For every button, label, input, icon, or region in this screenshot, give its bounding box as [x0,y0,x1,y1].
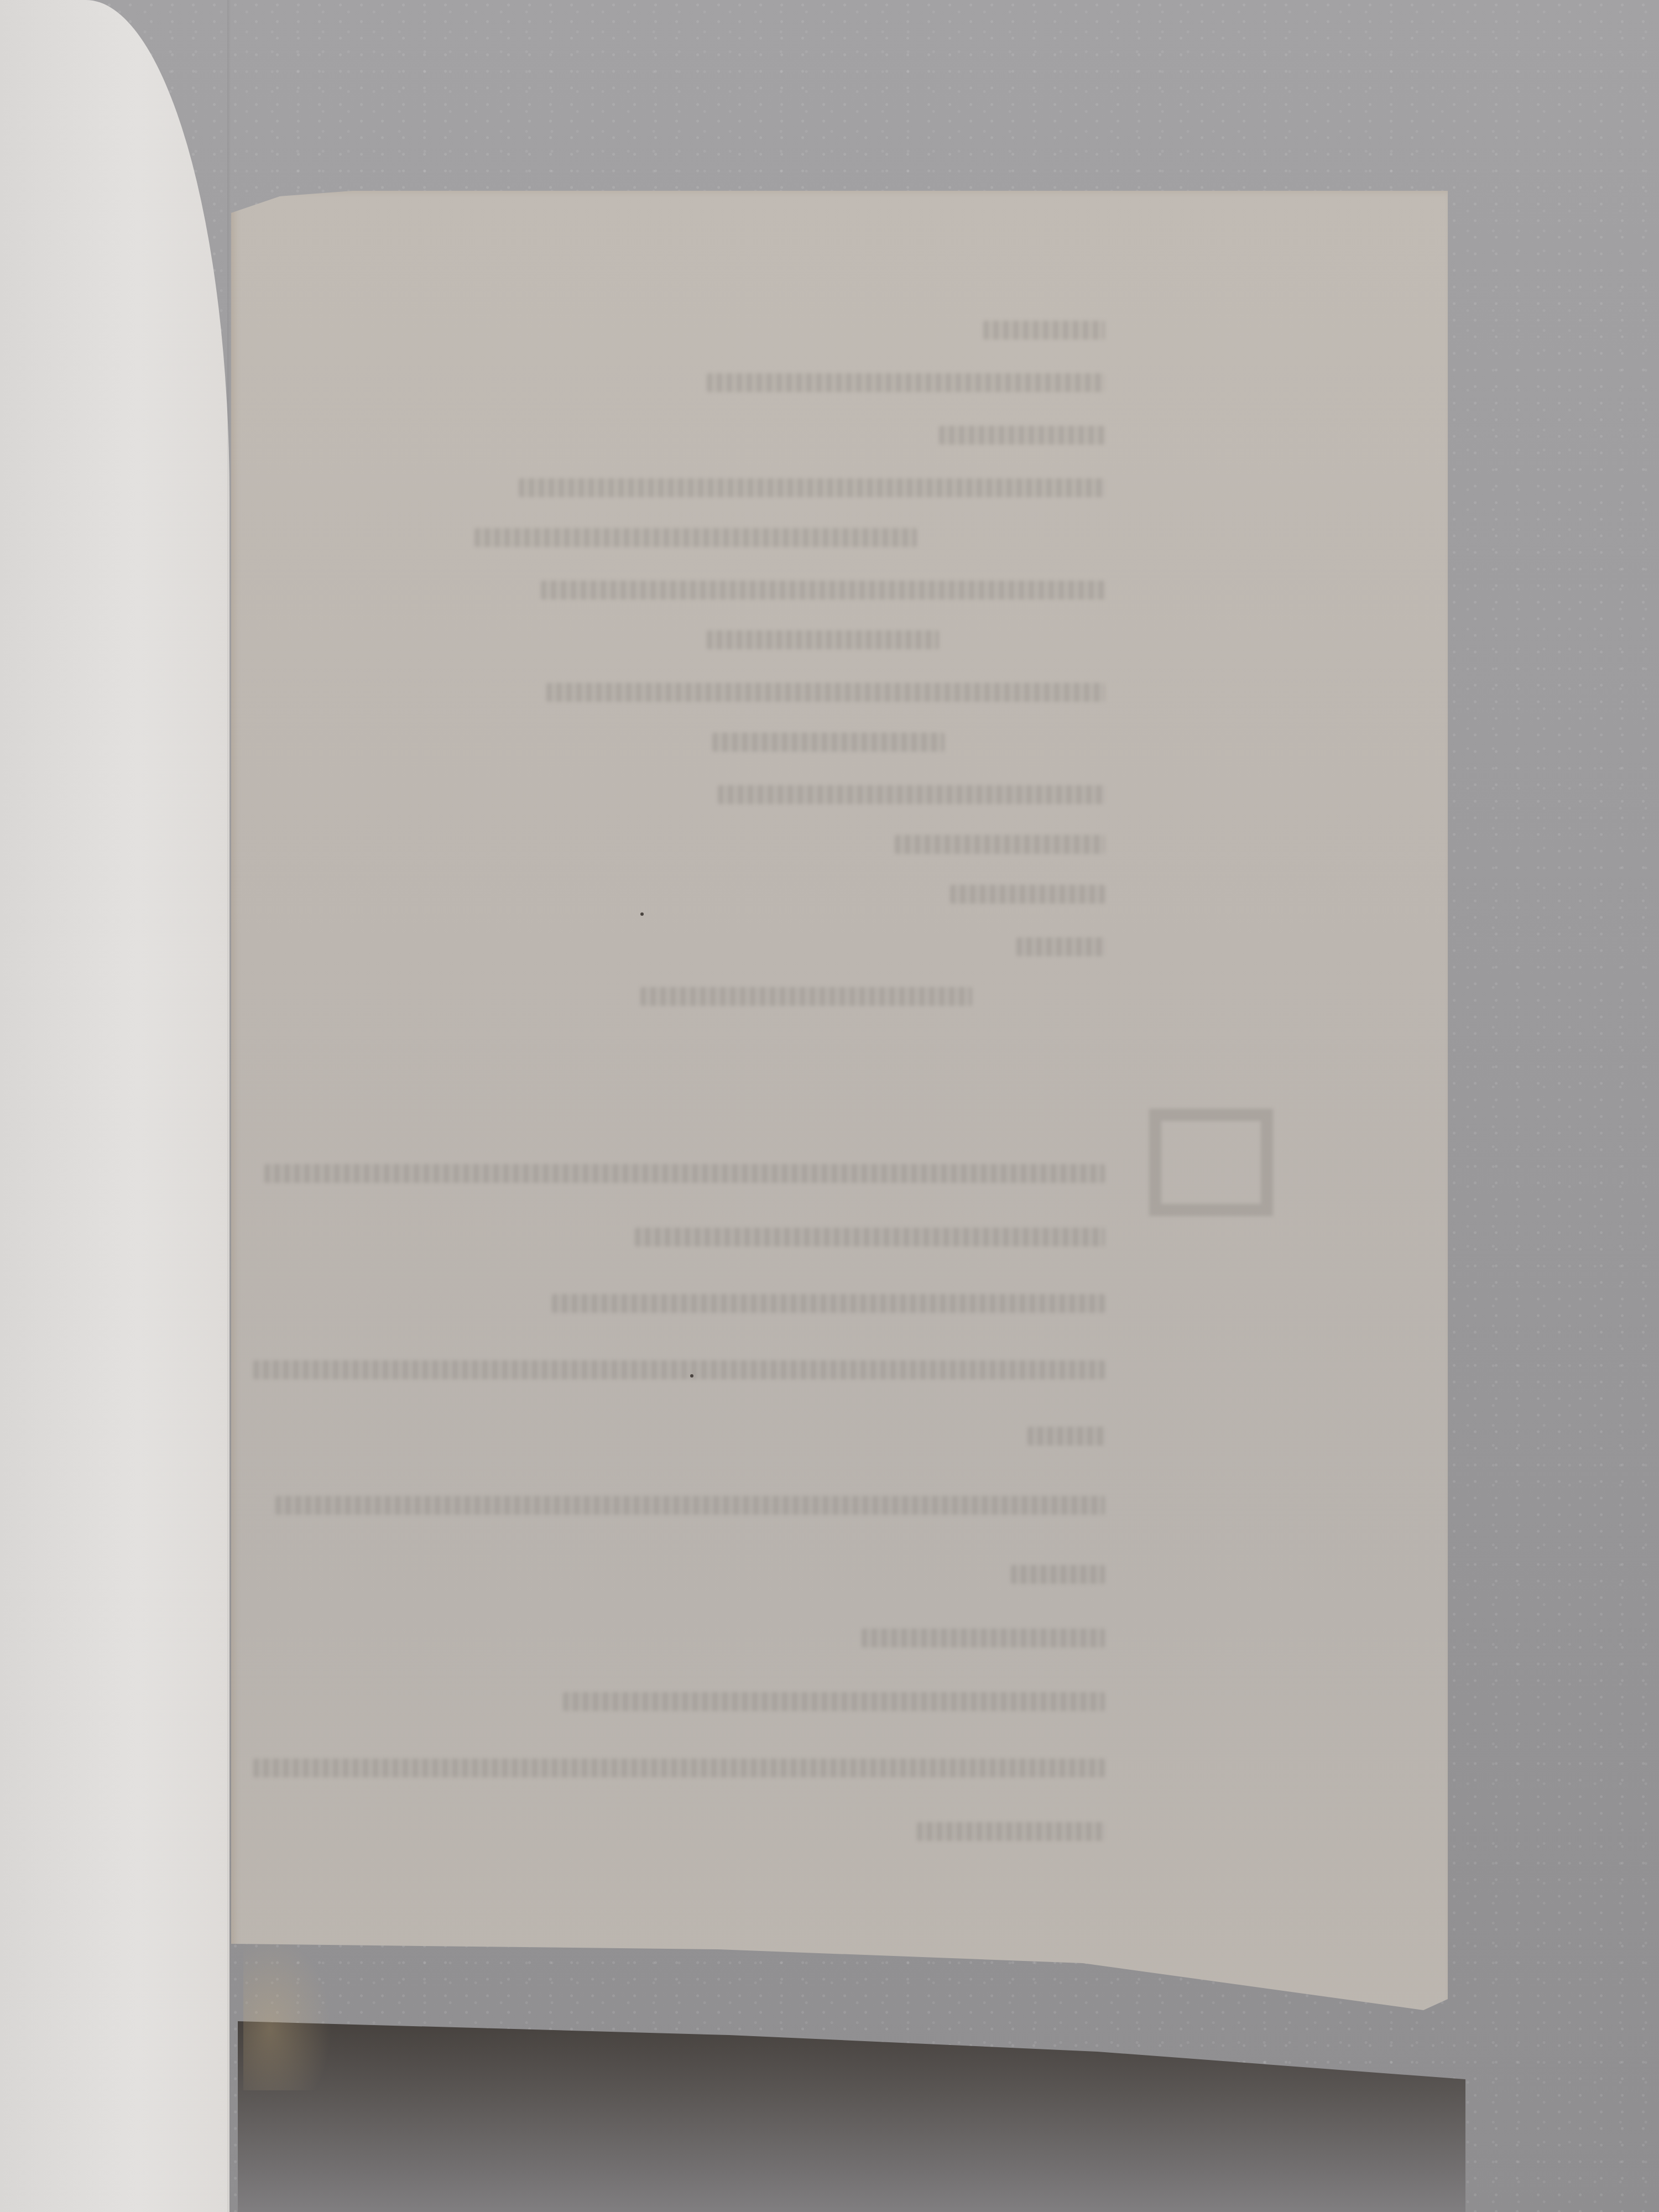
left-facing-page [0,0,229,2212]
show-through-line [541,581,1105,599]
show-through-line [253,1759,1105,1777]
show-through-line [1016,937,1105,956]
show-through-line [707,630,939,649]
show-through-line [546,683,1105,702]
book-page [231,191,1448,2085]
show-through-line [635,1228,1105,1246]
show-through-line [640,987,972,1006]
show-through-line [718,785,1105,804]
show-through-line [563,1692,1105,1711]
show-through-line [552,1294,1105,1313]
show-through-line [264,1164,1105,1183]
show-through-line [895,835,1105,854]
show-through-line [983,321,1105,340]
show-through-logo [1149,1109,1273,1216]
show-through-line [1011,1565,1105,1584]
show-through-line [1027,1427,1105,1446]
show-through-line [519,478,1105,497]
show-through-line [917,1822,1105,1841]
show-through-line [275,1496,1105,1515]
show-through-line [950,885,1105,904]
paper-speck [690,1374,693,1378]
show-through-line [862,1629,1105,1647]
show-through-line [712,733,945,752]
page-stain [243,1936,332,2090]
show-through-line [707,373,1105,392]
show-through-line [253,1360,1105,1379]
paper-speck [640,912,644,916]
show-through-line [939,426,1105,445]
show-through-line [474,528,917,547]
